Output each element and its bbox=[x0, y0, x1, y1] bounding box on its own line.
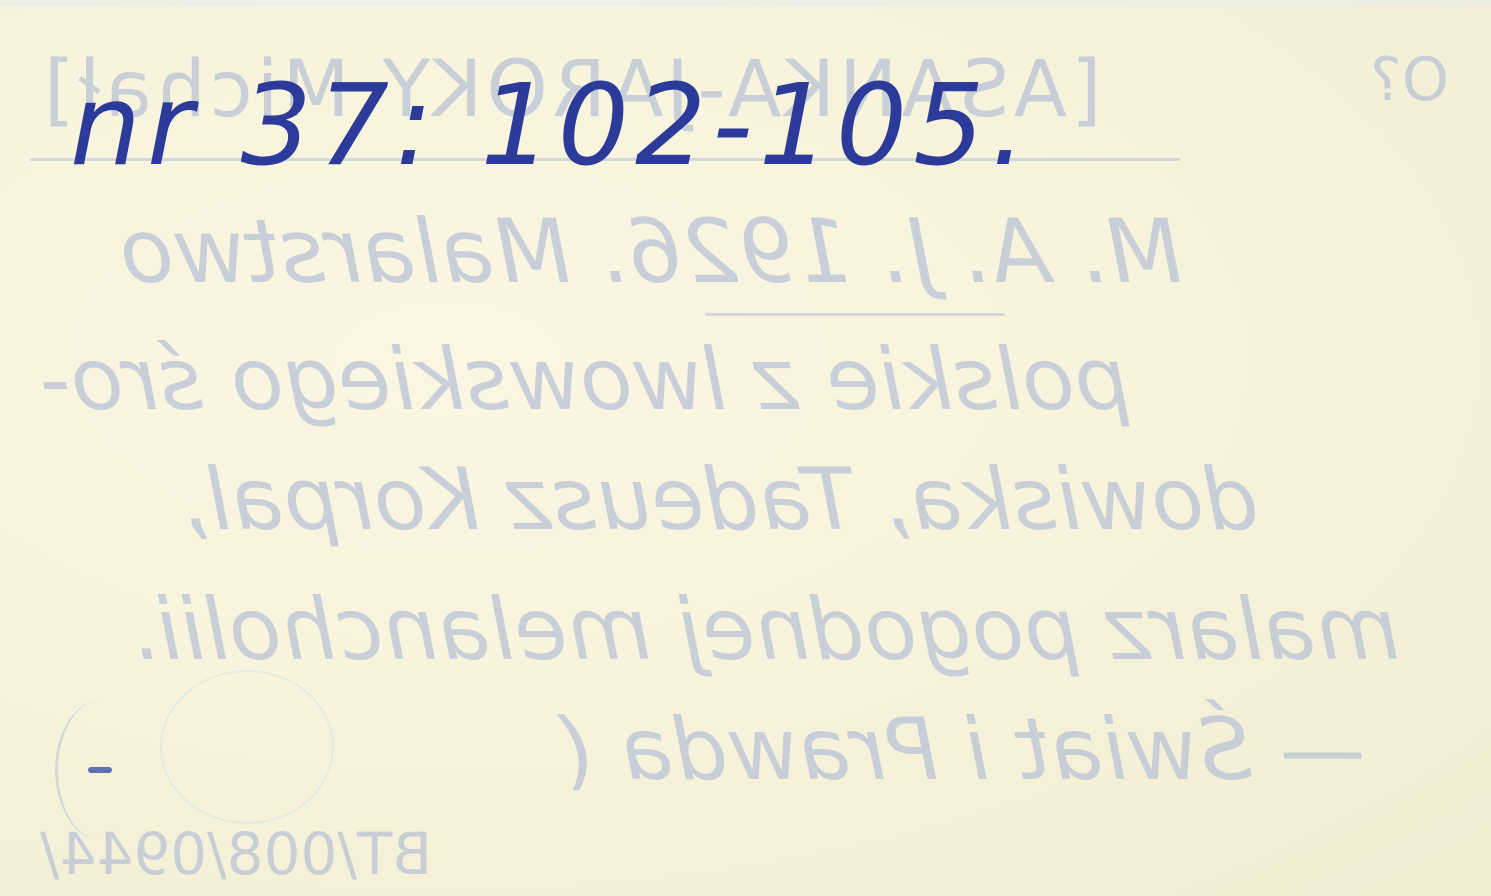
ghost-line-1: M. A. J. 1926. Malarstwo bbox=[120, 200, 1182, 303]
ghost-bottom-code: BT/008/0944/ bbox=[40, 820, 432, 888]
ghost-year-underline bbox=[705, 313, 1005, 316]
ghost-line-2: polskie z lwowskiego śro- bbox=[40, 330, 1129, 430]
catalog-card: [ASANKA-JAROKY Michał] O? M. A. J. 1926.… bbox=[0, 0, 1491, 896]
ghost-line-3: dowiska, Tadeusz Korpal, bbox=[180, 450, 1259, 550]
card-top-edge bbox=[0, 0, 1491, 6]
ghost-line-4: malarz pogodnej melancholii. bbox=[130, 580, 1400, 680]
signature-reference-number: nr 37: 102-105. bbox=[70, 70, 1032, 182]
ink-spot bbox=[88, 767, 112, 773]
faint-stamp bbox=[160, 670, 334, 824]
ghost-corner-mark: O? bbox=[1370, 45, 1449, 115]
ghost-line-5: — Świat i Prawda ( bbox=[560, 700, 1366, 800]
